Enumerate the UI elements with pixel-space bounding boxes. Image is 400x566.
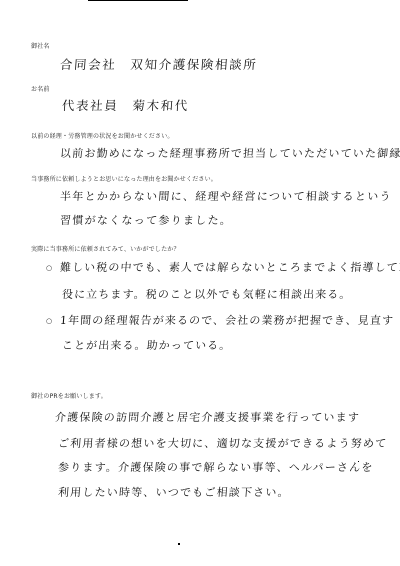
- previous-situation-label: 以前の経理・労務管理の状況をお聞かせください。: [31, 131, 174, 140]
- impressions-label: 実際に当事務所に依頼されてみて、いかがでしたか？: [31, 244, 180, 253]
- company-name-answer: 合同会社 双知介護保険相談所: [59, 55, 258, 73]
- person-name-answer: 代表社員 菊木和代: [61, 96, 189, 114]
- company-pr-line-3: 参ります。介護保険の事で解らない事等、ヘルパーさんを: [57, 459, 374, 475]
- company-name-label: 御社名: [31, 41, 50, 50]
- impressions-bullet-2-line-1: 1年間の経理報告が来るので、会社の業務が把握でき、見直す: [59, 312, 394, 328]
- impressions-bullet-2-line-2: ことが出来る。助かっている。: [61, 337, 232, 353]
- bullet-marker: ○: [46, 264, 52, 272]
- reason-answer-line-2: 習慣がなくなって参りました。: [59, 212, 232, 228]
- page-marker-dot: [178, 543, 180, 545]
- company-pr-line-1: 介護保険の訪問介護と居宅介護支援事業を行っています: [54, 409, 360, 425]
- impressions-bullet-1-line-1: 難しい税の中でも、素人では解らないところまでよく指導して頂き: [59, 259, 400, 275]
- scan-artifact-dot: [358, 461, 359, 462]
- bullet-marker: ○: [46, 317, 52, 325]
- impressions-bullet-1-line-2: 役に立ちます。税のこと以外でも気軽に相談出来る。: [61, 286, 352, 302]
- previous-situation-answer: 以前お勤めになった経理事務所で担当していただいていた御縁: [59, 145, 400, 161]
- person-name-label: お名前: [31, 84, 50, 93]
- reason-answer-line-1: 半年とかからない間に、経理や経営について相談するという: [59, 188, 392, 204]
- reason-label: 当事務所に依頼しようとお思いになった理由をお聞かせください。: [31, 174, 217, 183]
- company-pr-line-4: 利用したい時等、いつでもご相談下さい。: [57, 484, 290, 500]
- top-border-line: [88, 0, 188, 1]
- company-pr-label: 御社のPRをお願いします。: [31, 391, 107, 400]
- company-pr-line-2: ご利用者様の想いを大切に、適切な支援ができるよう努めて: [57, 435, 388, 451]
